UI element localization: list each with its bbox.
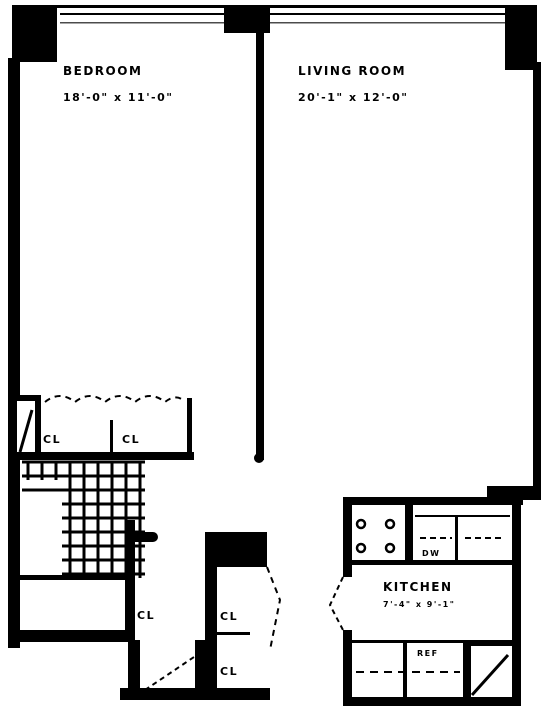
column-top-center xyxy=(224,5,270,33)
living-room-label: LIVING ROOM xyxy=(298,64,406,78)
column-top-right xyxy=(505,5,537,70)
right-exterior-wall xyxy=(533,62,541,494)
bedroom-closet-1-label: CL xyxy=(43,433,61,446)
refrigerator-label: REF xyxy=(417,649,439,658)
bedroom-dimensions: 18'-0" x 11'-0" xyxy=(63,91,174,104)
bedroom-label: BEDROOM xyxy=(63,64,142,78)
left-exterior-wall xyxy=(8,58,20,648)
hall-closet-1-label: CL xyxy=(137,609,155,622)
floor-plan: BEDROOM 18'-0" x 11'-0" LIVING ROOM 20'-… xyxy=(0,0,550,711)
kitchen-label: KITCHEN xyxy=(383,580,453,594)
living-room-dimensions: 20'-1" x 12'-0" xyxy=(298,91,409,104)
partition-wall xyxy=(256,30,264,460)
top-window-wall xyxy=(14,5,534,24)
hall-closet-2-label: CL xyxy=(220,610,238,623)
hall-closet-3-label: CL xyxy=(220,665,238,678)
bedroom-closets xyxy=(14,396,194,460)
dishwasher-label: DW xyxy=(422,549,440,558)
column-top-left xyxy=(12,5,57,62)
bedroom-closet-2-label: CL xyxy=(122,433,140,446)
kitchen-dimensions: 7'-4" x 9'-1" xyxy=(383,600,455,609)
